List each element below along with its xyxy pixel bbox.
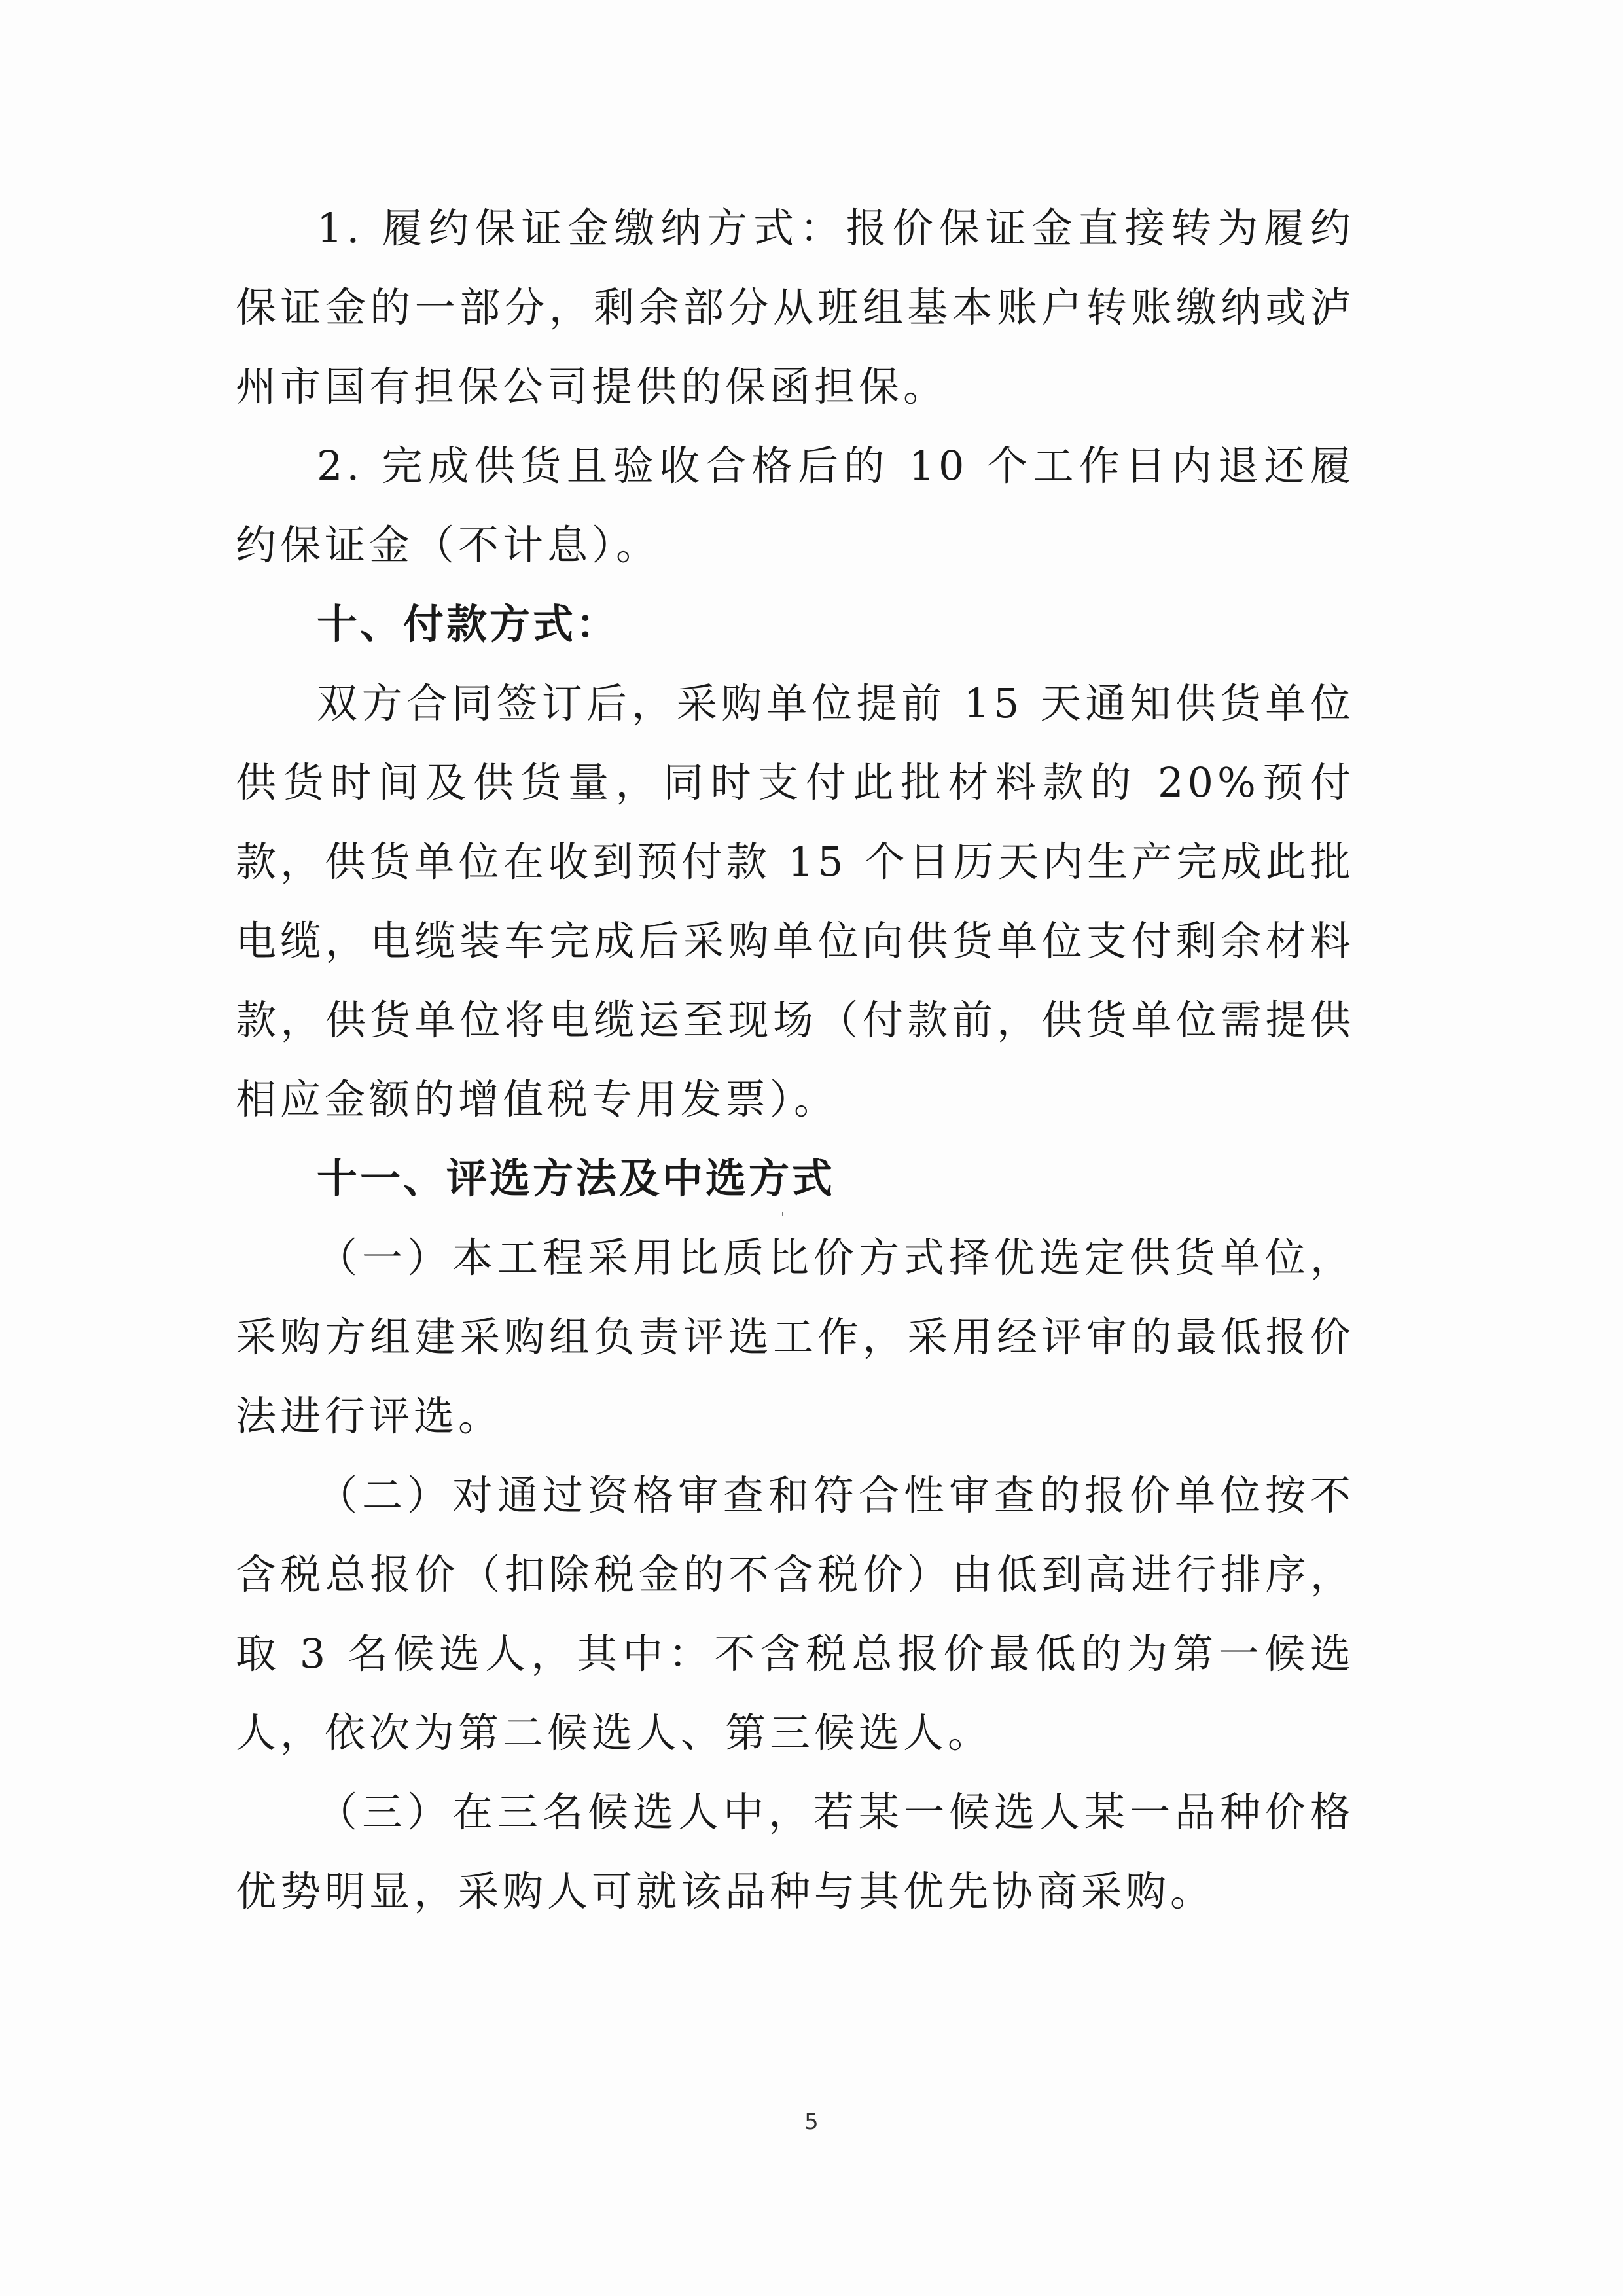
paragraph-evaluation-item-1: （一）本工程采用比质比价方式择优选定供货单位，采购方组建采购组负责评选工作，采用… xyxy=(236,1218,1355,1456)
paragraph-evaluation-item-3: （三）在三名候选人中，若某一候选人某一品种价格优势明显，采购人可就该品种与其优先… xyxy=(236,1772,1355,1931)
paragraph-payment-terms: 双方合同签订后，采购单位提前 15 天通知供货单位供货时间及供货量，同时支付此批… xyxy=(236,664,1355,1139)
section-heading-payment-method: 十、付款方式： xyxy=(236,584,1355,664)
scan-speck xyxy=(782,1212,783,1216)
document-body: 1. 履约保证金缴纳方式：报价保证金直接转为履约保证金的一部分，剩余部分从班组基… xyxy=(236,188,1355,1931)
page-number: 5 xyxy=(0,2109,1623,2135)
document-page: 1. 履约保证金缴纳方式：报价保证金直接转为履约保证金的一部分，剩余部分从班组基… xyxy=(0,0,1623,2296)
paragraph-performance-bond-payment: 1. 履约保证金缴纳方式：报价保证金直接转为履约保证金的一部分，剩余部分从班组基… xyxy=(236,188,1355,426)
paragraph-performance-bond-refund: 2. 完成供货且验收合格后的 10 个工作日内退还履约保证金（不计息）。 xyxy=(236,426,1355,584)
section-heading-evaluation-method: 十一、评选方法及中选方式 xyxy=(236,1139,1355,1218)
paragraph-evaluation-item-2: （二）对通过资格审查和符合性审查的报价单位按不含税总报价（扣除税金的不含税价）由… xyxy=(236,1456,1355,1772)
